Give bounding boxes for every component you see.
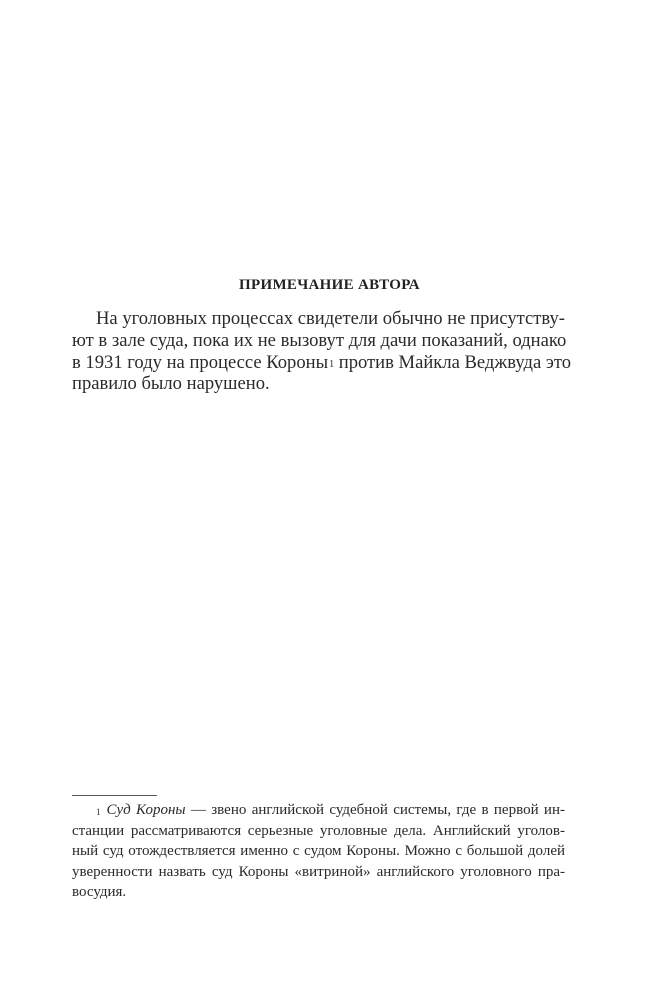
footnote-reference[interactable]: 1 [329, 359, 334, 370]
footnote-line: станции рассматриваются серьезные уголов… [72, 821, 565, 842]
body-line: правило было нарушено. [72, 373, 565, 395]
body-line-part: против Майкла Веджвуда это [334, 352, 571, 373]
footnote-line: восудия. [72, 882, 565, 903]
footnote-term: Суд Короны [107, 802, 186, 818]
footnote-line: 1Суд Короны — звено английской судебной … [72, 800, 565, 821]
body-line: в 1931 году на процессе Короны1 против М… [72, 352, 565, 374]
footnote-line: уверенности назвать суд Короны «витриной… [72, 862, 565, 883]
body-line: ют в зале суда, пока их не вызовут для д… [72, 330, 565, 352]
footnote-text: — звено английской судебной системы, где… [186, 802, 565, 818]
footnote-mark: 1 [96, 807, 101, 817]
section-heading: ПРИМЕЧАНИЕ АВТОРА [0, 277, 659, 294]
body-line-part: в 1931 году на процессе Короны [72, 352, 328, 373]
body-line: На уголовных процессах свидетели обычно … [72, 308, 565, 330]
footnote-line: ный суд отождествляется именно с судом К… [72, 841, 565, 862]
footnote: 1Суд Короны — звено английской судебной … [72, 800, 565, 903]
body-paragraph: На уголовных процессах свидетели обычно … [72, 308, 565, 395]
footnote-divider [72, 795, 157, 796]
book-page: ПРИМЕЧАНИЕ АВТОРА На уголовных процессах… [0, 0, 659, 1000]
